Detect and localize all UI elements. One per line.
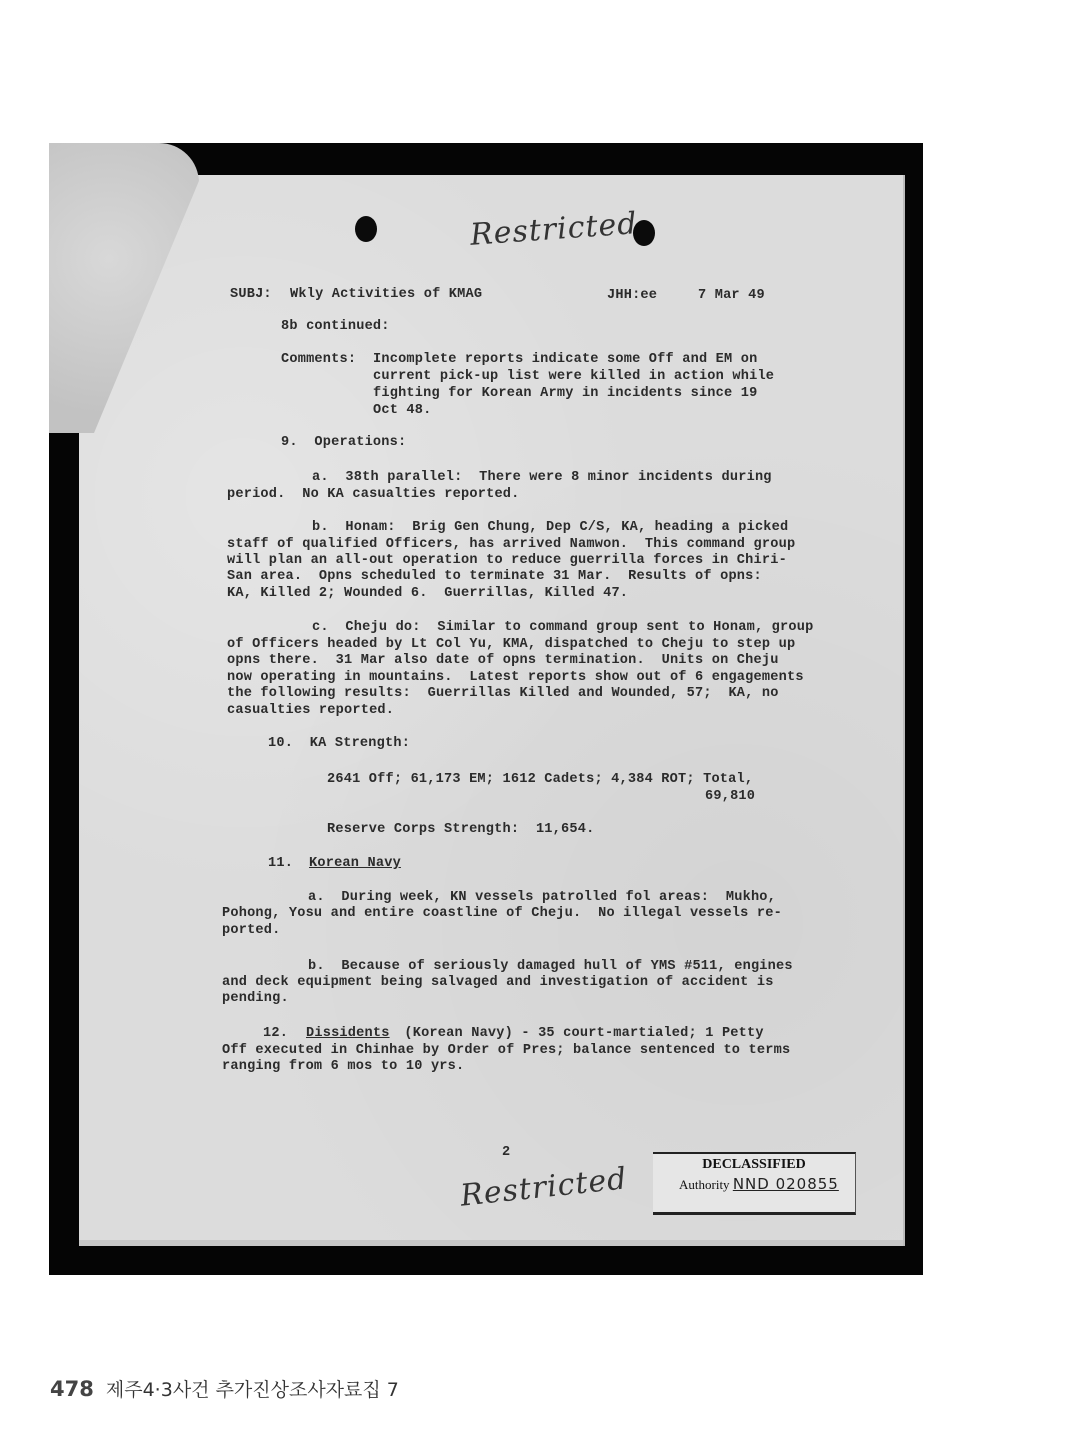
paragraph-line: period. No KA casualties reported. bbox=[227, 487, 520, 504]
paragraph-line: a. 38th parallel: There were 8 minor inc… bbox=[312, 470, 772, 487]
book-title: 제주4·3사건 추가진상조사자료집 7 bbox=[106, 1379, 399, 1401]
paragraph-line: a. During week, KN vessels patrolled fol… bbox=[308, 890, 776, 907]
comments-label: Comments: bbox=[281, 352, 356, 369]
continued-label: 8b continued: bbox=[281, 319, 390, 336]
section-12-text: (Korean Navy) - 35 court-martialed; 1 Pe… bbox=[396, 1026, 764, 1043]
paragraph-line: opns there. 31 Mar also date of opns ter… bbox=[227, 653, 779, 670]
book-footer: 478 제주4·3사건 추가진상조사자료집 7 bbox=[50, 1375, 399, 1402]
comments-line: fighting for Korean Army in incidents si… bbox=[373, 386, 757, 403]
punch-hole-left bbox=[355, 216, 377, 242]
paragraph-line: b. Because of seriously damaged hull of … bbox=[308, 959, 793, 976]
paragraph-line: ported. bbox=[222, 923, 281, 940]
paragraph-line: ranging from 6 mos to 10 yrs. bbox=[222, 1059, 464, 1076]
paragraph-line: staff of qualified Officers, has arrived… bbox=[227, 537, 795, 554]
subject: Wkly Activities of KMAG bbox=[290, 287, 482, 304]
document-page bbox=[79, 175, 905, 1246]
paragraph-line: now operating in mountains. Latest repor… bbox=[227, 670, 804, 687]
paragraph-line: pending. bbox=[222, 991, 289, 1008]
section-9-heading: 9. Operations: bbox=[281, 435, 406, 452]
paragraph-line: of Officers headed by Lt Col Yu, KMA, di… bbox=[227, 637, 795, 654]
comments-line: current pick-up list were killed in acti… bbox=[373, 369, 774, 386]
section-11-number: 11. bbox=[268, 856, 293, 873]
paragraph-line: will plan an all-out operation to reduce… bbox=[227, 553, 787, 570]
section-11-title: Korean Navy bbox=[309, 856, 401, 873]
stamp-title: DECLASSIFIED bbox=[653, 1157, 855, 1173]
paragraph-line: San area. Opns scheduled to terminate 31… bbox=[227, 569, 762, 586]
comments-line: Incomplete reports indicate some Off and… bbox=[373, 352, 757, 369]
paragraph-line: the following results: Guerrillas Killed… bbox=[227, 686, 779, 703]
section-12-title: Dissidents bbox=[306, 1026, 390, 1043]
paragraph-line: Pohong, Yosu and entire coastline of Che… bbox=[222, 906, 782, 923]
stamp-authority-number: NND 020855 bbox=[733, 1175, 839, 1193]
stamp-authority-label: Authority bbox=[679, 1177, 730, 1192]
paragraph-line: KA, Killed 2; Wounded 6. Guerrillas, Kil… bbox=[227, 586, 628, 603]
paragraph-line: Off executed in Chinhae by Order of Pres… bbox=[222, 1043, 790, 1060]
comments-line: Oct 48. bbox=[373, 403, 432, 420]
document-page-number: 2 bbox=[502, 1145, 510, 1162]
ka-strength-total: 69,810 bbox=[705, 789, 755, 806]
declassified-stamp: DECLASSIFIED Authority NND 020855 bbox=[653, 1152, 856, 1215]
book-page-number: 478 bbox=[50, 1377, 94, 1401]
paragraph-line: c. Cheju do: Similar to command group se… bbox=[312, 620, 813, 637]
section-10-heading: 10. KA Strength: bbox=[268, 736, 410, 753]
document-date: 7 Mar 49 bbox=[698, 288, 765, 305]
paragraph-line: b. Honam: Brig Gen Chung, Dep C/S, KA, h… bbox=[312, 520, 788, 537]
ka-strength-line: 2641 Off; 61,173 EM; 1612 Cadets; 4,384 … bbox=[327, 772, 753, 789]
subj-label: SUBJ: bbox=[230, 287, 272, 304]
paragraph-line: casualties reported. bbox=[227, 703, 394, 720]
reference-initials: JHH:ee bbox=[607, 288, 657, 305]
paragraph-line: and deck equipment being salvaged and in… bbox=[222, 975, 774, 992]
reserve-corps-strength: Reserve Corps Strength: 11,654. bbox=[327, 822, 594, 839]
stamp-authority: Authority NND 020855 bbox=[679, 1175, 839, 1193]
section-12-number: 12. bbox=[263, 1026, 288, 1043]
